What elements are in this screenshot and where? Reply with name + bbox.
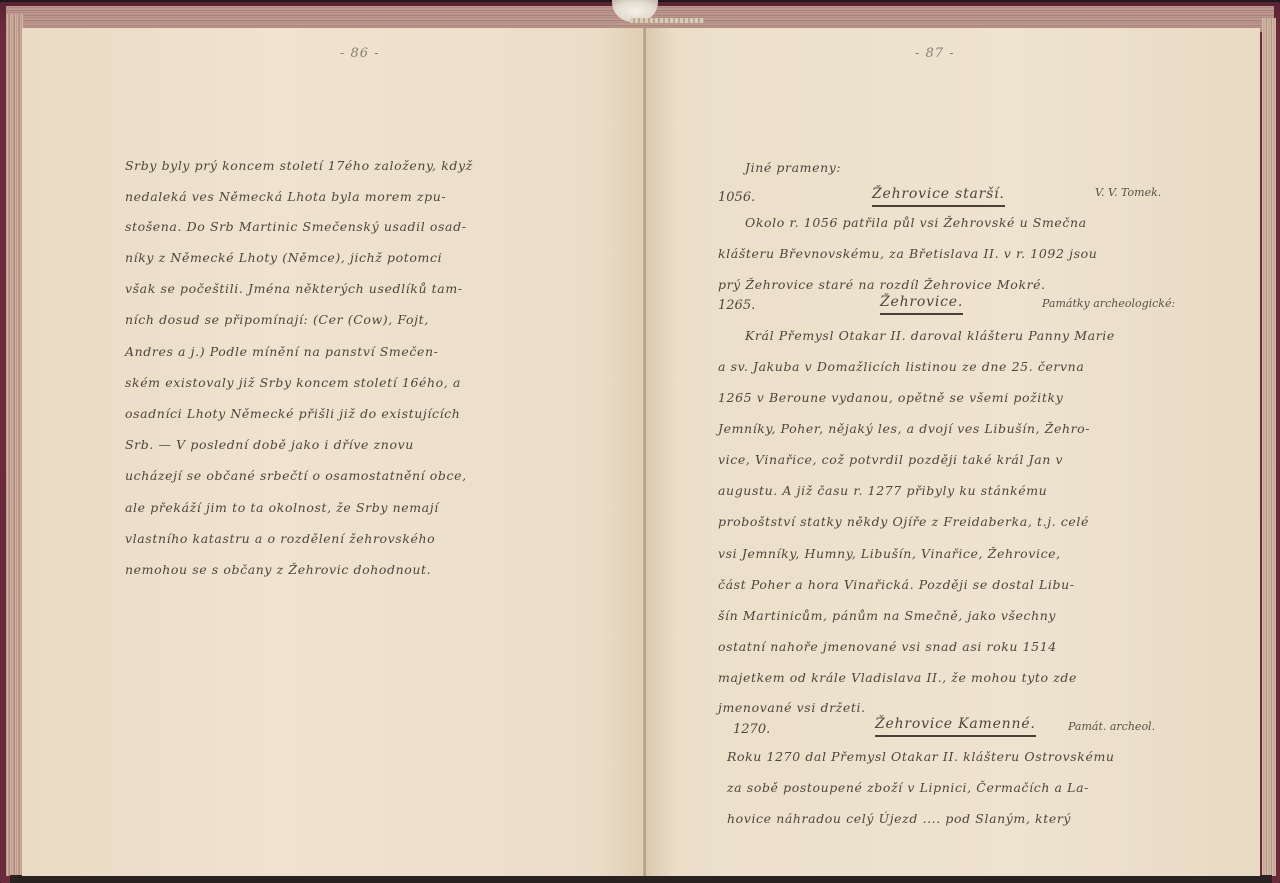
section-source: Památky archeologické:	[1042, 297, 1175, 310]
section-source: V. V. Tomek.	[1095, 186, 1161, 199]
right-text-line: část Poher a hora Vinařická. Později se …	[718, 577, 1075, 592]
right-text-line: vsi Jemníky, Humny, Libušín, Vinařice, Ž…	[718, 546, 1061, 561]
right-text-line: majetkem od krále Vladislava II., že moh…	[718, 670, 1077, 685]
section-title: Žehrovice Kamenné.	[875, 716, 1036, 737]
section-year: 1265.	[718, 298, 755, 313]
right-text-line: prý Žehrovice staré na rozdíl Žehrovice …	[718, 277, 1046, 292]
right-text-line: augustu. A již času r. 1277 přibyly ku s…	[718, 483, 1047, 498]
right-text-line: klášteru Břevnovskému, za Břetislava II.…	[718, 246, 1097, 261]
left-text-line: Andres a j.) Podle mínění na panství Sme…	[125, 344, 438, 359]
left-text-line: však se počeštili. Jména některých usedl…	[125, 281, 463, 296]
right-text-line: 1265 v Beroune vydanou, opětně se všemi …	[718, 390, 1063, 405]
right-text-line: za sobě postoupené zboží v Lipnici, Čerm…	[727, 780, 1089, 795]
left-text-line: ale překáží jim to ta okolnost, že Srby …	[125, 500, 439, 515]
right-text-line: ostatní nahoře jmenované vsi snad asi ro…	[718, 639, 1057, 654]
right-text-line: Jemníky, Poher, nějaký les, a dvojí ves …	[718, 421, 1090, 436]
left-page	[22, 28, 646, 876]
left-text-line: ském existovaly již Srby koncem století …	[125, 375, 461, 390]
left-text-line: ních dosud se připomínají: (Cer (Cow), F…	[125, 312, 429, 327]
section-title: Žehrovice.	[880, 294, 963, 315]
left-text-line: Srby byly prý koncem století 17ého založ…	[125, 158, 473, 173]
section-source: Památ. archeol.	[1068, 720, 1155, 733]
left-text-line: níky z Německé Lhoty (Němce), jichž poto…	[125, 250, 442, 265]
right-text-line: jmenované vsi držeti.	[718, 700, 866, 715]
left-text-line: vlastního katastru a o rozdělení žehrovs…	[125, 531, 435, 546]
left-page-number: - 86 -	[340, 46, 380, 61]
sources-intro: Jiné prameny:	[745, 160, 841, 175]
page-edges-right	[1262, 18, 1276, 876]
section-year: 1056.	[718, 190, 755, 205]
binding-stitch	[630, 18, 704, 23]
right-text-line: šín Martinicům, pánům na Smečně, jako vš…	[718, 608, 1056, 623]
left-text-line: nemohou se s občany z Žehrovic dohodnout…	[125, 562, 431, 577]
left-text-line: stošena. Do Srb Martinic Smečenský usadi…	[125, 219, 467, 234]
left-text-line: ucházejí se občané srbečtí o osamostatně…	[125, 468, 467, 483]
left-text-line: osadníci Lhoty Německé přišli již do exi…	[125, 406, 460, 421]
right-text-line: Král Přemysl Otakar II. daroval klášteru…	[745, 328, 1115, 343]
left-text-line: nedaleká ves Německá Lhota byla morem zp…	[125, 189, 446, 204]
right-text-line: a sv. Jakuba v Domažlicích listinou ze d…	[718, 359, 1084, 374]
right-text-line: vice, Vinařice, což potvrdil později tak…	[718, 452, 1063, 467]
right-text-line: proboštství statky někdy Ojíře z Freidab…	[718, 514, 1089, 529]
right-page-number: - 87 -	[915, 46, 955, 61]
book-bottom-edge	[10, 875, 1272, 883]
right-text-line: Okolo r. 1056 patřila půl vsi Žehrovské …	[745, 215, 1087, 230]
left-text-line: Srb. — V poslední době jako i dříve znov…	[125, 437, 414, 452]
right-text-line: hovice náhradou celý Újezd .... pod Slan…	[727, 811, 1071, 826]
section-year: 1270.	[733, 722, 770, 737]
section-title: Žehrovice starší.	[872, 186, 1005, 207]
right-text-line: Roku 1270 dal Přemysl Otakar II. klášter…	[727, 749, 1115, 764]
